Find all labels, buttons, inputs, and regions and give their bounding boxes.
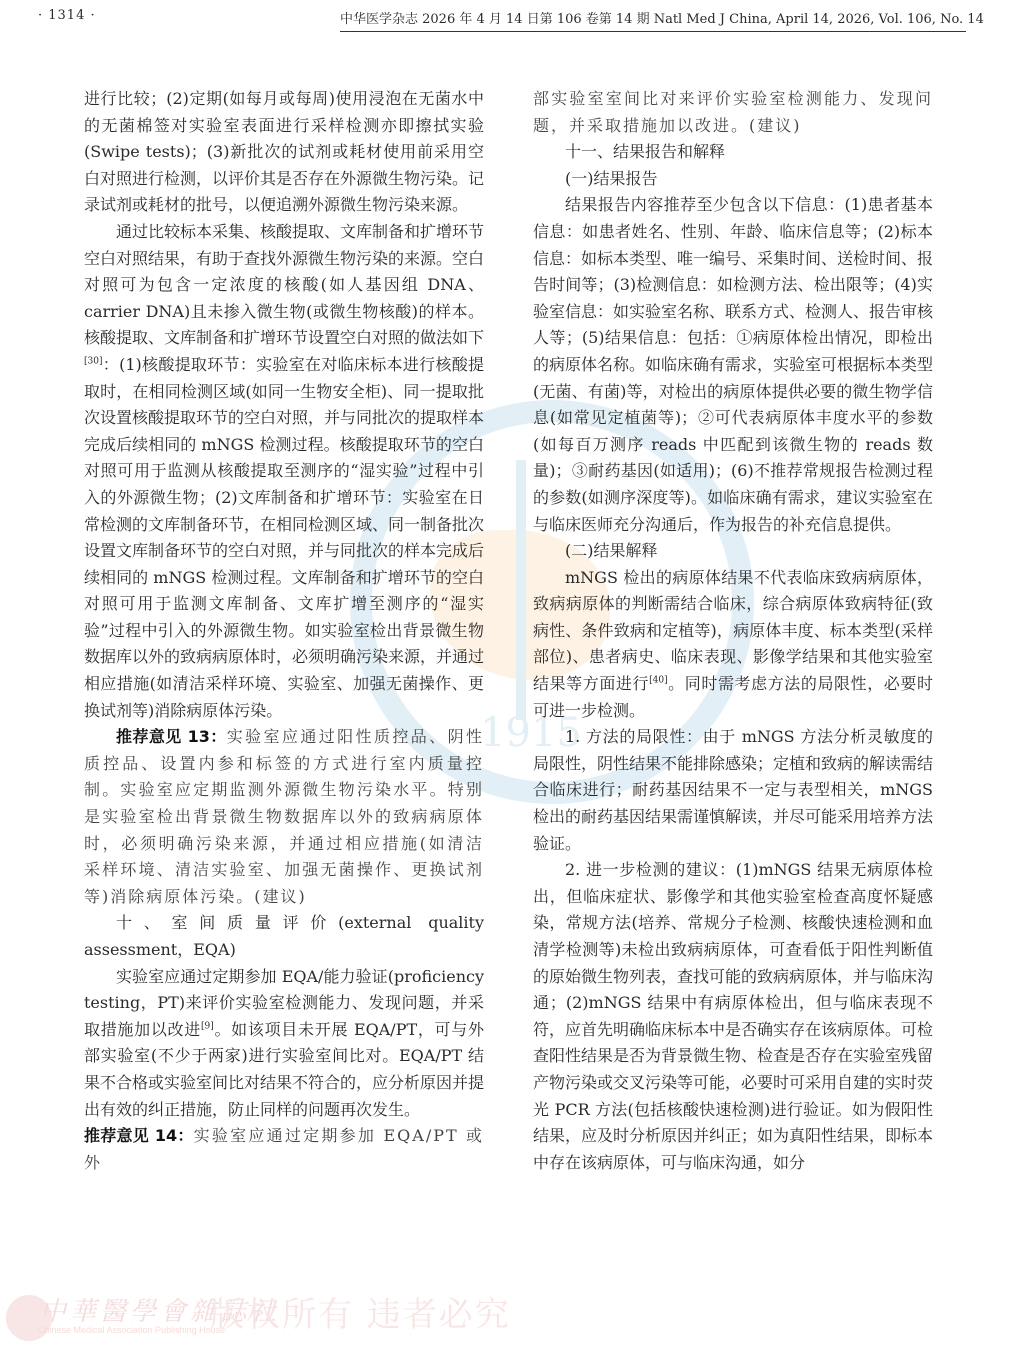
paragraph: 1. 方法的局限性：由于 mNGS 方法分析灵敏度的局限性，阴性结果不能排除感染… [533, 724, 933, 857]
recommendation-13: 推荐意见 13：实验室应通过阳性质控品、阴性质控品、设置内参和标签的方式进行室内… [84, 724, 484, 910]
copyright-notice: 版权所有 违者必究 [210, 1287, 511, 1336]
right-column: 部实验室室间比对来评价实验室检测能力、发现问题，并采取措施加以改进。(建议) 十… [533, 86, 933, 1176]
paragraph: 进行比较；(2)定期(如每月或每周)使用浸泡在无菌水中的无菌棉签对实验室表面进行… [84, 86, 484, 219]
left-column: 进行比较；(2)定期(如每月或每周)使用浸泡在无菌水中的无菌棉签对实验室表面进行… [84, 86, 484, 1176]
paragraph: 通过比较标本采集、核酸提取、文库制备和扩增环节空白对照结果，有助于查找外源微生物… [84, 219, 484, 724]
publisher-watermark: 中華醫學會雜誌社 Chinese Medical Association Pub… [0, 1285, 620, 1345]
recommendation-14-continued: 部实验室室间比对来评价实验室检测能力、发现问题，并采取措施加以改进。(建议) [533, 86, 933, 139]
recommendation-14: 推荐意见 14：实验室应通过定期参加 EQA/PT 或外 [84, 1123, 484, 1176]
subsection-heading: (二)结果解释 [533, 538, 933, 565]
recommendation-label: 推荐意见 13： [116, 727, 227, 746]
citation-ref[interactable]: [9] [201, 1021, 214, 1031]
recommendation-label: 推荐意见 14： [84, 1126, 194, 1145]
citation-ref[interactable]: [40] [649, 676, 667, 686]
paragraph: mNGS 检出的病原体结果不代表临床致病病原体，致病病原体的判断需结合临床，综合… [533, 565, 933, 725]
paragraph: 实验室应通过定期参加 EQA/能力验证(proficiency testing，… [84, 964, 484, 1124]
section-heading: 十、室间质量评价(external quality assessment，EQA… [84, 910, 484, 963]
paragraph: 结果报告内容推荐至少包含以下信息：(1)患者基本信息：如患者姓名、性别、年龄、临… [533, 192, 933, 538]
page-number: · 1314 · [38, 8, 96, 23]
publisher-name-en: Chinese Medical Association Publishing H… [38, 1325, 225, 1335]
paragraph: 2. 进一步检测的建议：(1)mNGS 结果无病原体检出，但临床症状、影像学和其… [533, 857, 933, 1176]
citation-ref[interactable]: [30] [84, 357, 102, 367]
journal-citation: 中华医学杂志 2026 年 4 月 14 日第 106 卷第 14 期 Natl… [340, 8, 966, 32]
section-heading: 十一、结果报告和解释 [533, 139, 933, 166]
page-header: · 1314 · 中华医学杂志 2026 年 4 月 14 日第 106 卷第 … [0, 0, 1009, 40]
subsection-heading: (一)结果报告 [533, 166, 933, 193]
watermark-caduceus-icon [516, 460, 526, 720]
